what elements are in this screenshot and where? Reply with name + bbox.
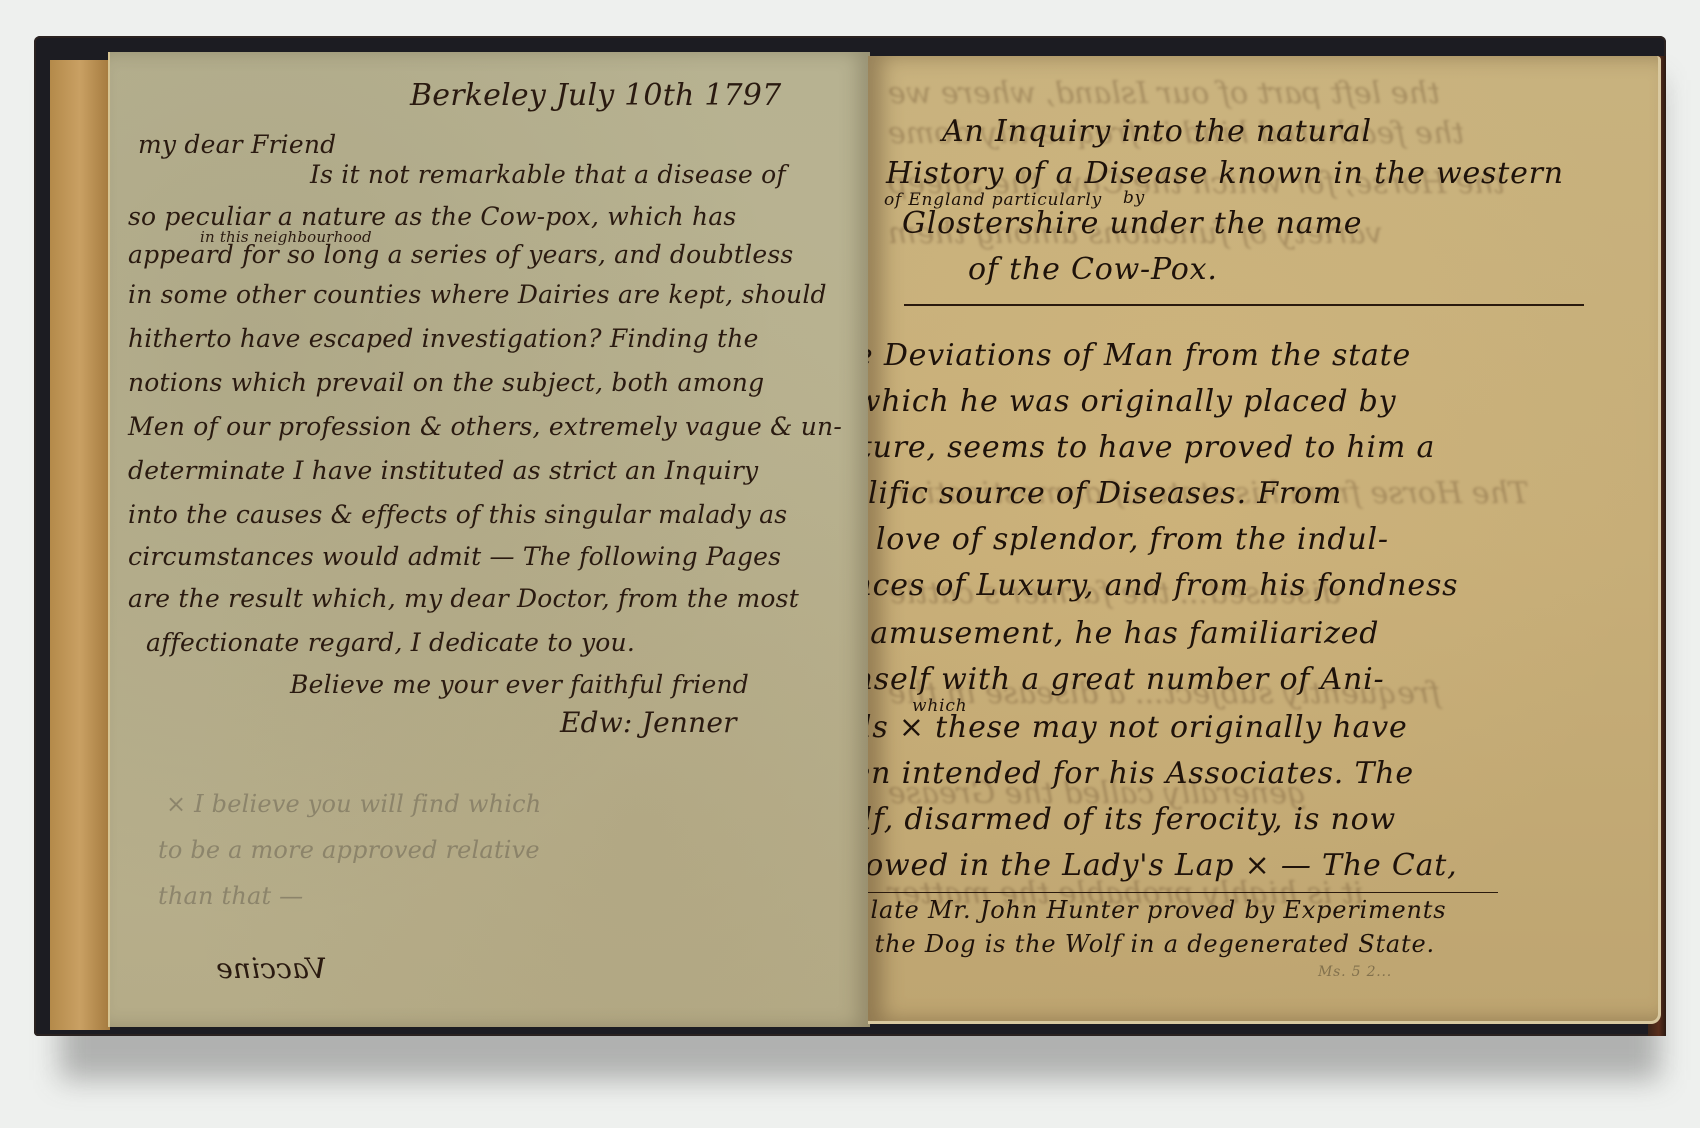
footnote-rule xyxy=(868,892,1498,893)
catalog-mark: Ms. 5 2... xyxy=(1318,964,1392,980)
body-line: himself with a great number of Ani- xyxy=(868,662,1384,697)
pencil-note: to be a more approved relative xyxy=(158,836,540,864)
body-line: The Deviations of Man from the state xyxy=(868,338,1411,373)
body-line: prolific source of Diseases. From xyxy=(868,476,1342,511)
footnote-line: The late Mr. John Hunter proved by Exper… xyxy=(868,896,1446,924)
body-line: mals × these may not originally have xyxy=(868,710,1408,745)
title-line: Glostershire under the name xyxy=(902,206,1362,241)
body-line: for amusement, he has familiarized xyxy=(868,616,1379,651)
salutation: my dear Friend xyxy=(138,130,336,159)
letter-line: so peculiar a nature as the Cow-pox, whi… xyxy=(128,202,736,231)
signature: Edw: Jenner xyxy=(560,706,737,739)
body-line: Wolf, disarmed of its ferocity, is now xyxy=(868,802,1396,837)
mirrored-word: Vaccine xyxy=(216,952,327,985)
letter-line: Is it not remarkable that a disease of xyxy=(310,160,786,189)
closing: Believe me your ever faithful friend xyxy=(290,670,749,699)
title-rule xyxy=(904,304,1584,306)
title-line: of the Cow-Pox. xyxy=(968,252,1218,287)
body-line: the love of splendor, from the indul- xyxy=(868,522,1389,557)
footnote-line: that the Dog is the Wolf in a degenerate… xyxy=(868,930,1435,958)
letter-line: appeard for so long a series of years, a… xyxy=(128,240,793,269)
letter-line: into the causes & effects of this singul… xyxy=(128,500,787,529)
body-line: been intended for his Associates. The xyxy=(868,756,1414,791)
body-line: gences of Luxury, and from his fondness xyxy=(868,568,1458,603)
pencil-note: × I believe you will find which xyxy=(166,790,541,818)
title-line: History of a Disease known in the wester… xyxy=(886,156,1564,191)
body-line: in which he was originally placed by xyxy=(868,384,1396,419)
letter-line: are the result which, my dear Doctor, fr… xyxy=(128,584,799,613)
title-insertion-by: by xyxy=(1123,188,1145,208)
letter-line: Men of our profession & others, extremel… xyxy=(128,412,842,441)
letter-line: affectionate regard, I dedicate to you. xyxy=(146,628,635,657)
letter-line: notions which prevail on the subject, bo… xyxy=(128,368,764,397)
dateline: Berkeley July 10th 1797 xyxy=(410,78,781,113)
letter-line: in some other counties where Dairies are… xyxy=(128,280,827,309)
body-line: pillowed in the Lady's Lap × — The Cat, xyxy=(868,848,1458,883)
ink-bleed-through: the left part of our Island, where we xyxy=(888,76,1440,111)
left-page: Berkeley July 10th 1797 my dear Friend I… xyxy=(108,52,870,1027)
title-line: An Inquiry into the natural xyxy=(942,114,1372,149)
letter-line: determinate I have instituted as strict … xyxy=(128,456,758,485)
letter-line: circumstances would admit — The followin… xyxy=(128,542,781,571)
letter-line: hitherto have escaped investigation? Fin… xyxy=(128,324,759,353)
pencil-note: than that — xyxy=(158,882,303,910)
mirrored-vaccine: Vaccine xyxy=(216,952,327,985)
body-line: Nature, seems to have proved to him a xyxy=(868,430,1435,465)
right-page: the left part of our Island, where we th… xyxy=(868,56,1661,1024)
endpaper-strip xyxy=(50,60,110,1030)
